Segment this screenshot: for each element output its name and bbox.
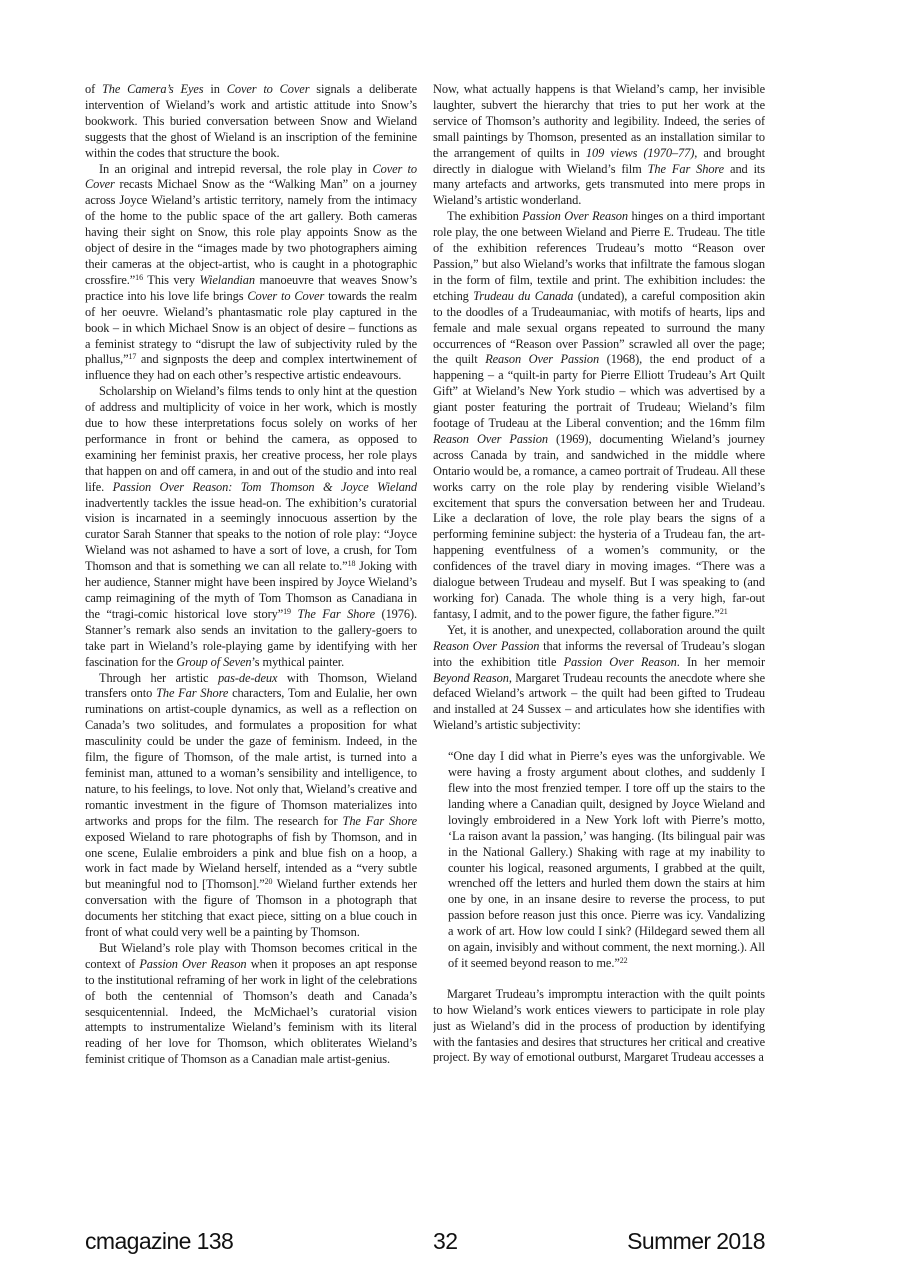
paragraph: Through her artistic pas-de-deux with Th… [85, 671, 417, 941]
text-column-right: Now, what actually happens is that Wiela… [433, 82, 765, 1222]
paragraph: of The Camera’s Eyes in Cover to Cover s… [85, 82, 417, 162]
paragraph: Scholarship on Wieland’s films tends to … [85, 384, 417, 670]
issue-label: Summer 2018 [627, 1228, 765, 1255]
paragraph: But Wieland’s role play with Thomson bec… [85, 941, 417, 1068]
magazine-title: cmagazine 138 [85, 1228, 233, 1255]
text-column-left: of The Camera’s Eyes in Cover to Cover s… [85, 82, 417, 1222]
paragraph: The exhibition Passion Over Reason hinge… [433, 209, 765, 623]
paragraph: In an original and intrepid reversal, th… [85, 162, 417, 385]
paragraph: Yet, it is another, and unexpected, coll… [433, 623, 765, 734]
page-number: 32 [433, 1228, 457, 1255]
blockquote: “One day I did what in Pierre’s eyes was… [433, 749, 765, 972]
paragraph: Now, what actually happens is that Wiela… [433, 82, 765, 209]
page-footer: cmagazine 138 32 Summer 2018 [85, 1228, 765, 1258]
paragraph: Margaret Trudeau’s impromptu interaction… [433, 987, 765, 1067]
